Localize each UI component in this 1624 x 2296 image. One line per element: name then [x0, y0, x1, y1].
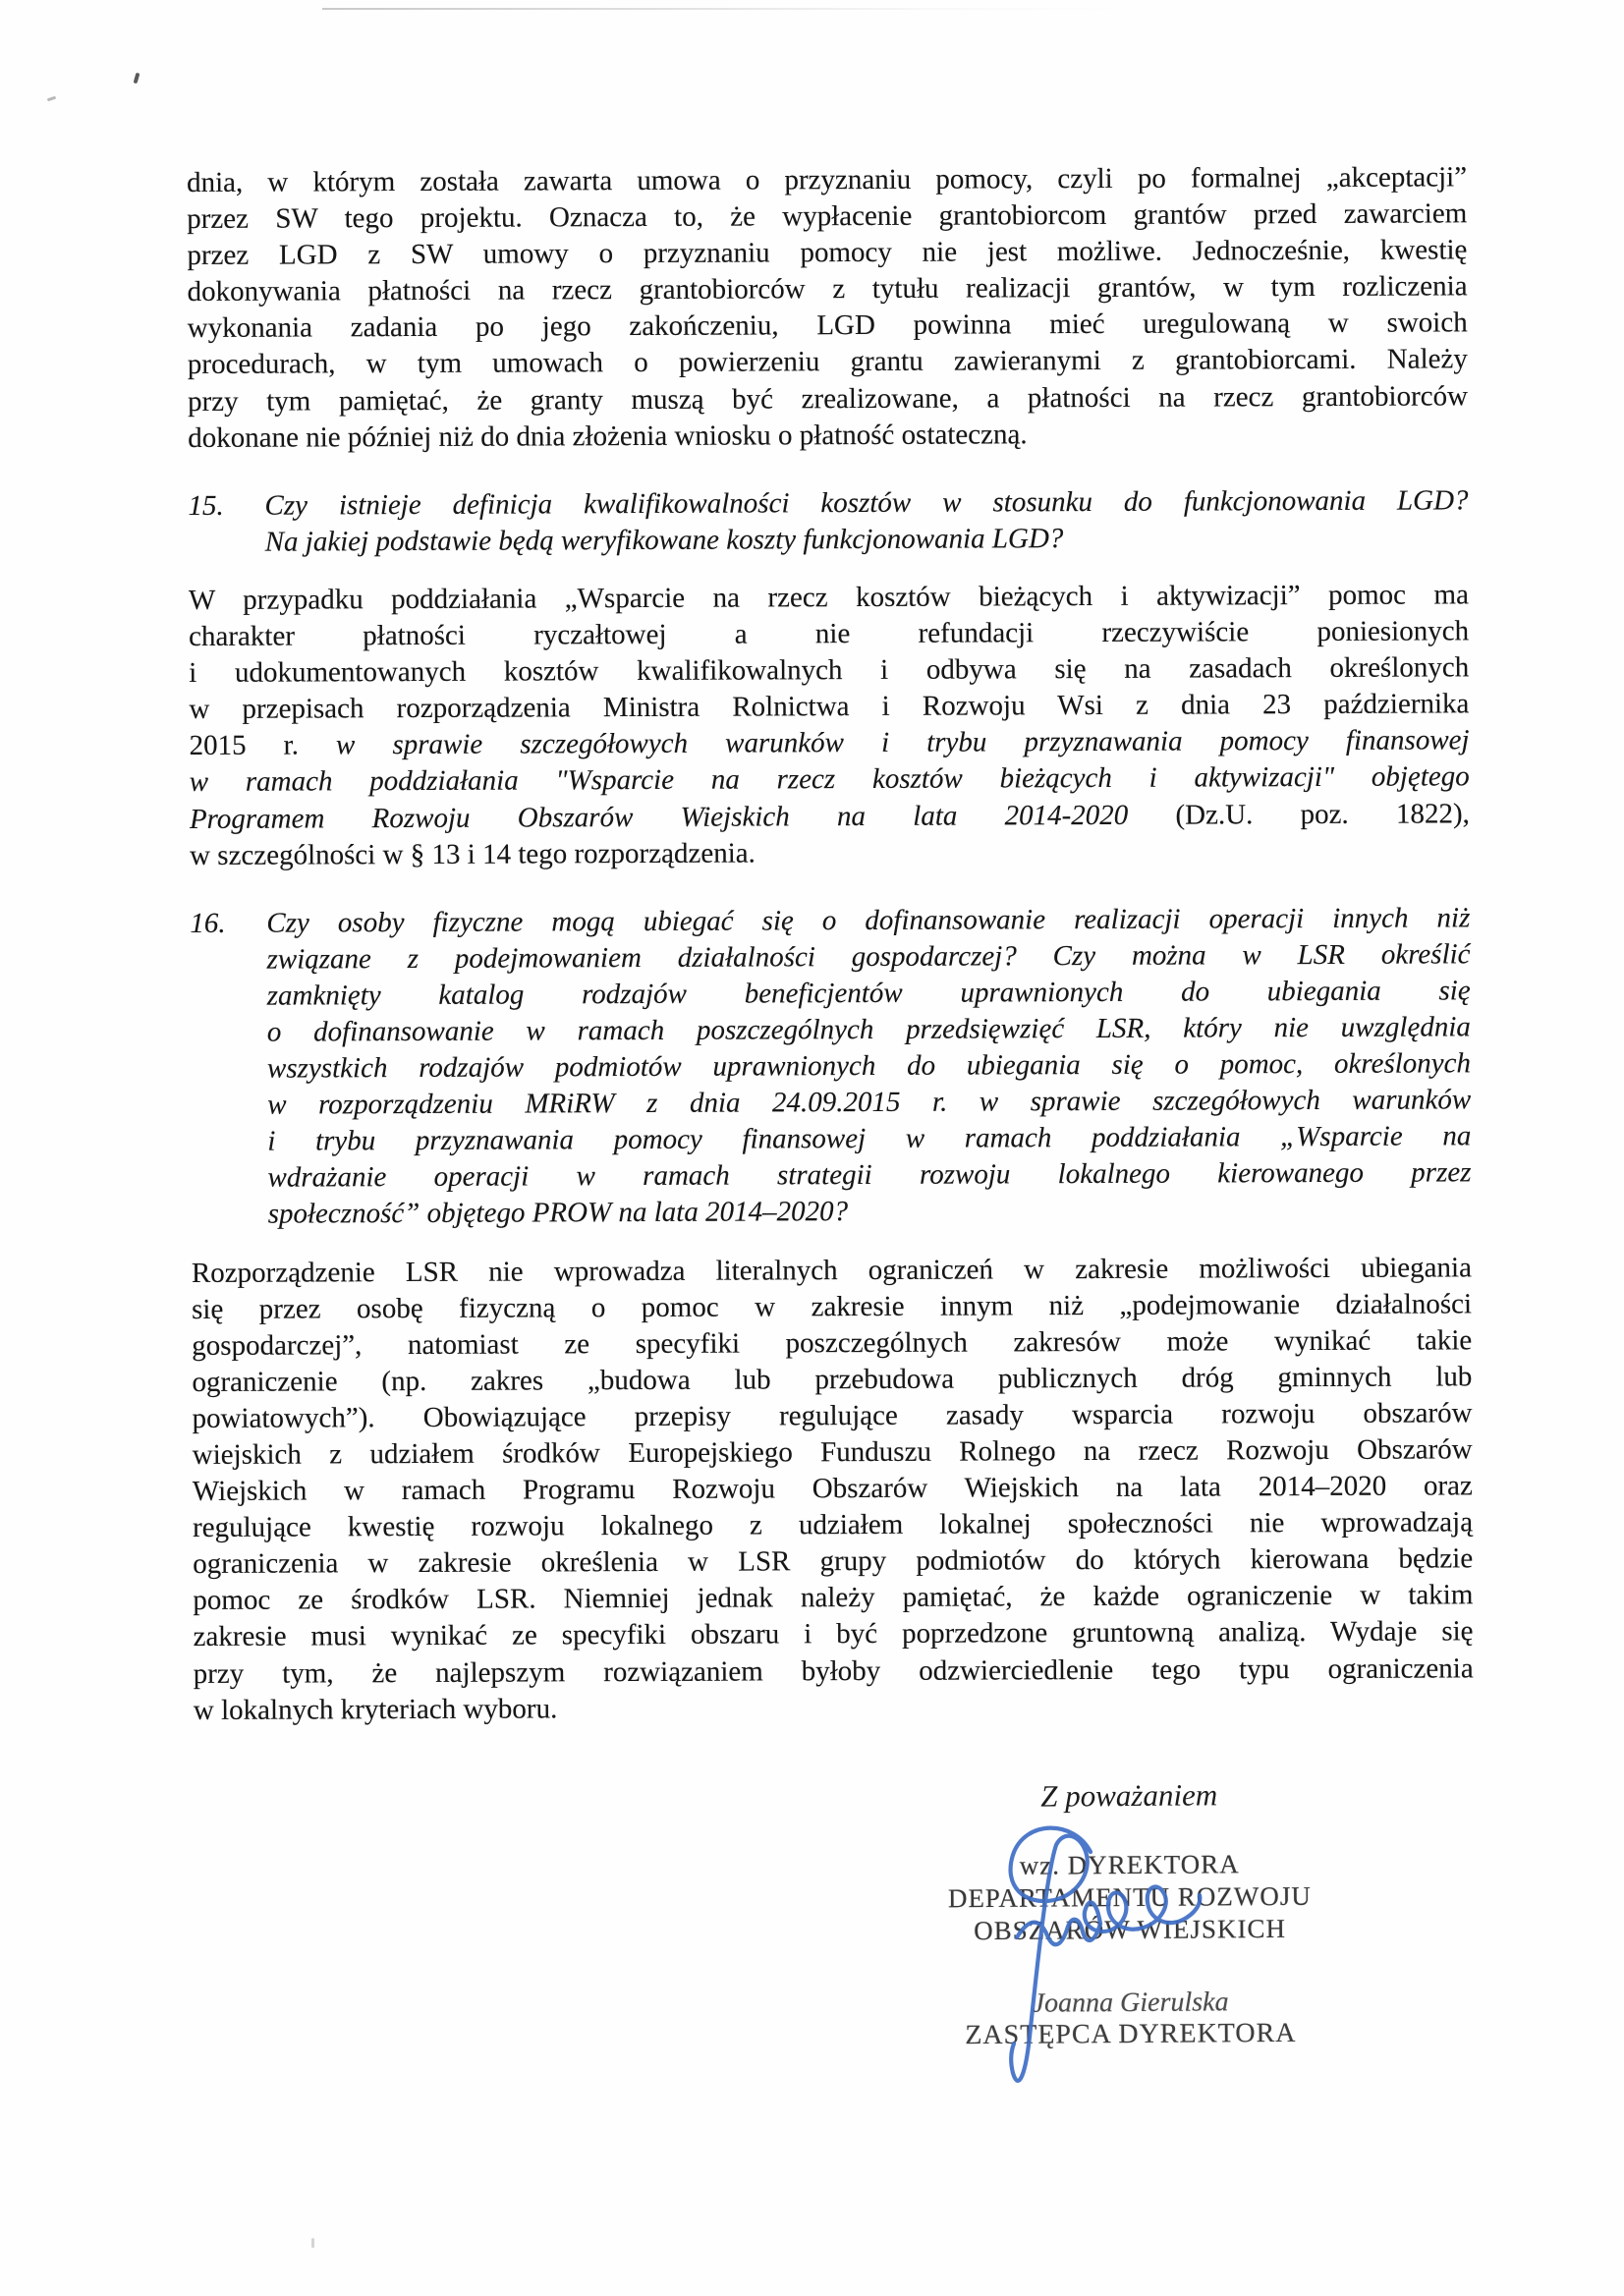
text-line: gospodarczej”, natomiast ze specyfiki po…	[192, 1322, 1472, 1365]
text-segment: przez SW tego projektu. Oznacza to, że w…	[187, 197, 1467, 235]
text-line: w lokalnych kryteriach wyboru.	[194, 1687, 1474, 1729]
text-line: przez SW tego projektu. Oznacza to, że w…	[187, 196, 1467, 238]
text-segment: w szczególności w § 13 i 14 tego rozporz…	[190, 837, 756, 871]
text-line: pomoc ze środków LSR. Niemniej jednak na…	[193, 1578, 1473, 1620]
text-line: przy tym pamiętać, że granty muszą być z…	[188, 378, 1468, 420]
text-segment: w przepisach rozporządzenia Ministra Rol…	[189, 689, 1469, 726]
text-line: i trybu przyznawania pomocy finansowej w…	[267, 1119, 1471, 1160]
text-line: 2015 r. w sprawie szczegółowych warunków…	[190, 723, 1470, 765]
text-segment: powiatowych”). Obowiązujące przepisy reg…	[192, 1397, 1472, 1434]
text-line: wdrażanie operacji w ramach strategii ro…	[267, 1155, 1471, 1197]
text-segment: i trybu przyznawania pomocy finansowej w…	[267, 1121, 1471, 1157]
text-segment: związane z podejmowaniem działalności go…	[266, 938, 1470, 975]
question-number: 16.	[190, 906, 225, 942]
text-line: związane z podejmowaniem działalności go…	[266, 936, 1470, 978]
text-segment: dnia, w którym została zawarta umowa o p…	[187, 161, 1467, 198]
text-segment: Czy istnieje definicja kwalifikowalności…	[264, 484, 1468, 521]
text-segment: i udokumentowanych kosztów kwalifikowaln…	[189, 651, 1469, 689]
text-segment: ograniczenia w zakresie określenia w LSR…	[193, 1543, 1473, 1581]
text-segment: dokonywania płatności na rzecz grantobio…	[187, 271, 1467, 308]
text-segment: wiejskich z udziałem środków Europejskie…	[193, 1433, 1473, 1471]
text-line: w szczególności w § 13 i 14 tego rozporz…	[190, 832, 1470, 874]
text-segment: zamknięty katalog rodzajów beneficjentów…	[267, 975, 1471, 1011]
text-segment: się przez osobę fizyczną o pomoc w zakre…	[192, 1288, 1472, 1325]
text-segment: Programem Rozwoju Obszarów Wiejskich na …	[190, 799, 1128, 834]
text-segment: Na jakiej podstawie będą weryfikowane ko…	[265, 523, 1064, 558]
text-line: dokonane nie później niż do dnia złożeni…	[188, 415, 1468, 457]
text-line: Rozporządzenie LSR nie wprowadza literal…	[192, 1250, 1472, 1292]
text-line: Czy osoby fizyczne mogą ubiegać się o do…	[266, 900, 1470, 941]
text-line: i udokumentowanych kosztów kwalifikowaln…	[189, 649, 1469, 692]
text-segment: (Dz.U. poz. 1822),	[1128, 798, 1470, 831]
text-segment: zakresie musi wynikać ze specyfiki obsza…	[193, 1616, 1473, 1653]
text-line: Wiejskich w ramach Programu Rozwoju Obsz…	[193, 1468, 1473, 1510]
paragraph-body: W przypadku poddziałania „Wsparcie na rz…	[189, 577, 1470, 873]
text-segment: W przypadku poddziałania „Wsparcie na rz…	[189, 579, 1469, 616]
text-segment: gospodarczej”, natomiast ze specyfiki po…	[192, 1324, 1472, 1362]
text-segment: wszystkich rodzajów podmiotów uprawniony…	[267, 1047, 1471, 1084]
scan-speck	[134, 73, 140, 84]
text-line: przy tym, że najlepszym rozwiązaniem był…	[194, 1651, 1474, 1693]
text-line: się przez osobę fizyczną o pomoc w zakre…	[192, 1286, 1472, 1328]
text-line: w rozporządzeniu MRiRW z dnia 24.09.2015…	[267, 1082, 1471, 1123]
text-line: wykonania zadania po jego zakończeniu, L…	[188, 306, 1468, 348]
scanned-letter-page: { "page": { "background": "#ffffff", "in…	[0, 0, 1624, 2296]
text-line: regulujące kwestię rozwoju lokalnego z u…	[193, 1504, 1473, 1546]
text-segment: regulujące kwestię rozwoju lokalnego z u…	[193, 1506, 1473, 1543]
text-segment: dokonane nie później niż do dnia złożeni…	[188, 419, 1028, 454]
text-segment: w ramach poddziałania "Wsparcie na rzecz…	[190, 761, 1470, 799]
handwritten-signature-ink	[968, 1806, 1233, 2100]
text-segment: Czy osoby fizyczne mogą ubiegać się o do…	[266, 902, 1470, 938]
text-line: dokonywania płatności na rzecz grantobio…	[187, 269, 1467, 311]
text-line: w przepisach rozporządzenia Ministra Rol…	[189, 687, 1469, 729]
text-segment: w sprawie szczegółowych warunków i trybu…	[299, 725, 1470, 761]
paragraph-body: Rozporządzenie LSR nie wprowadza literal…	[192, 1250, 1474, 1729]
text-block: dnia, w którym została zawarta umowa o p…	[187, 159, 1474, 1728]
text-line: wiejskich z udziałem środków Europejskie…	[193, 1431, 1473, 1474]
text-line: społeczność” objętego PROW na lata 2014–…	[268, 1192, 1472, 1233]
text-segment: Rozporządzenie LSR nie wprowadza literal…	[192, 1252, 1472, 1289]
text-segment: przy tym, że najlepszym rozwiązaniem był…	[194, 1652, 1474, 1690]
text-line: w ramach poddziałania "Wsparcie na rzecz…	[190, 759, 1470, 802]
text-segment: pomoc ze środków LSR. Niemniej jednak na…	[193, 1580, 1473, 1617]
paragraph-body: dnia, w którym została zawarta umowa o p…	[187, 159, 1468, 456]
paragraph-question: 15.Czy istnieje definicja kwalifikowalno…	[188, 482, 1468, 561]
text-segment: wdrażanie operacji w ramach strategii ro…	[267, 1157, 1471, 1194]
text-line: W przypadku poddziałania „Wsparcie na rz…	[189, 577, 1469, 619]
text-segment: w rozporządzeniu MRiRW z dnia 24.09.2015…	[267, 1084, 1471, 1120]
text-line: zamknięty katalog rodzajów beneficjentów…	[267, 973, 1471, 1014]
text-segment: przy tym pamiętać, że granty muszą być z…	[188, 380, 1468, 418]
text-segment: procedurach, w tym umowach o powierzeniu…	[188, 344, 1468, 381]
paragraph-question: 16.Czy osoby fizyczne mogą ubiegać się o…	[190, 900, 1471, 1234]
text-segment: społeczność” objętego PROW na lata 2014–…	[268, 1197, 849, 1231]
text-segment: charakter płatności ryczałtowej a nie re…	[189, 615, 1469, 652]
scan-speck	[311, 2238, 314, 2248]
text-line: charakter płatności ryczałtowej a nie re…	[189, 613, 1469, 655]
text-segment: wykonania zadania po jego zakończeniu, L…	[188, 308, 1468, 345]
text-segment: 2015 r.	[190, 730, 300, 761]
text-line: zakresie musi wynikać ze specyfiki obsza…	[193, 1614, 1473, 1656]
text-line: powiatowych”). Obowiązujące przepisy reg…	[192, 1395, 1472, 1437]
scan-artifact-line	[322, 8, 1128, 10]
scan-speck	[47, 96, 56, 102]
text-line: ograniczenie (np. zakres „budowa lub prz…	[192, 1359, 1472, 1401]
text-segment: Wiejskich w ramach Programu Rozwoju Obsz…	[193, 1470, 1473, 1507]
text-line: Na jakiej podstawie będą weryfikowane ko…	[265, 519, 1469, 560]
text-line: dnia, w którym została zawarta umowa o p…	[187, 159, 1467, 201]
text-line: procedurach, w tym umowach o powierzeniu…	[188, 342, 1468, 384]
text-segment: o dofinansowanie w ramach poszczególnych…	[267, 1011, 1471, 1047]
text-segment: w lokalnych kryteriach wyboru.	[194, 1693, 558, 1726]
text-segment: ograniczenie (np. zakres „budowa lub prz…	[192, 1361, 1472, 1398]
paper-sheet: dnia, w którym została zawarta umowa o p…	[0, 0, 1624, 2296]
text-line: Programem Rozwoju Obszarów Wiejskich na …	[190, 796, 1470, 838]
text-segment: przez LGD z SW umowy o przyznaniu pomocy…	[187, 235, 1467, 272]
text-line: Czy istnieje definicja kwalifikowalności…	[264, 482, 1468, 524]
question-number: 15.	[188, 488, 223, 525]
text-line: ograniczenia w zakresie określenia w LSR…	[193, 1541, 1473, 1584]
text-line: przez LGD z SW umowy o przyznaniu pomocy…	[187, 233, 1467, 275]
text-line: wszystkich rodzajów podmiotów uprawniony…	[267, 1045, 1471, 1087]
text-line: o dofinansowanie w ramach poszczególnych…	[267, 1009, 1471, 1050]
